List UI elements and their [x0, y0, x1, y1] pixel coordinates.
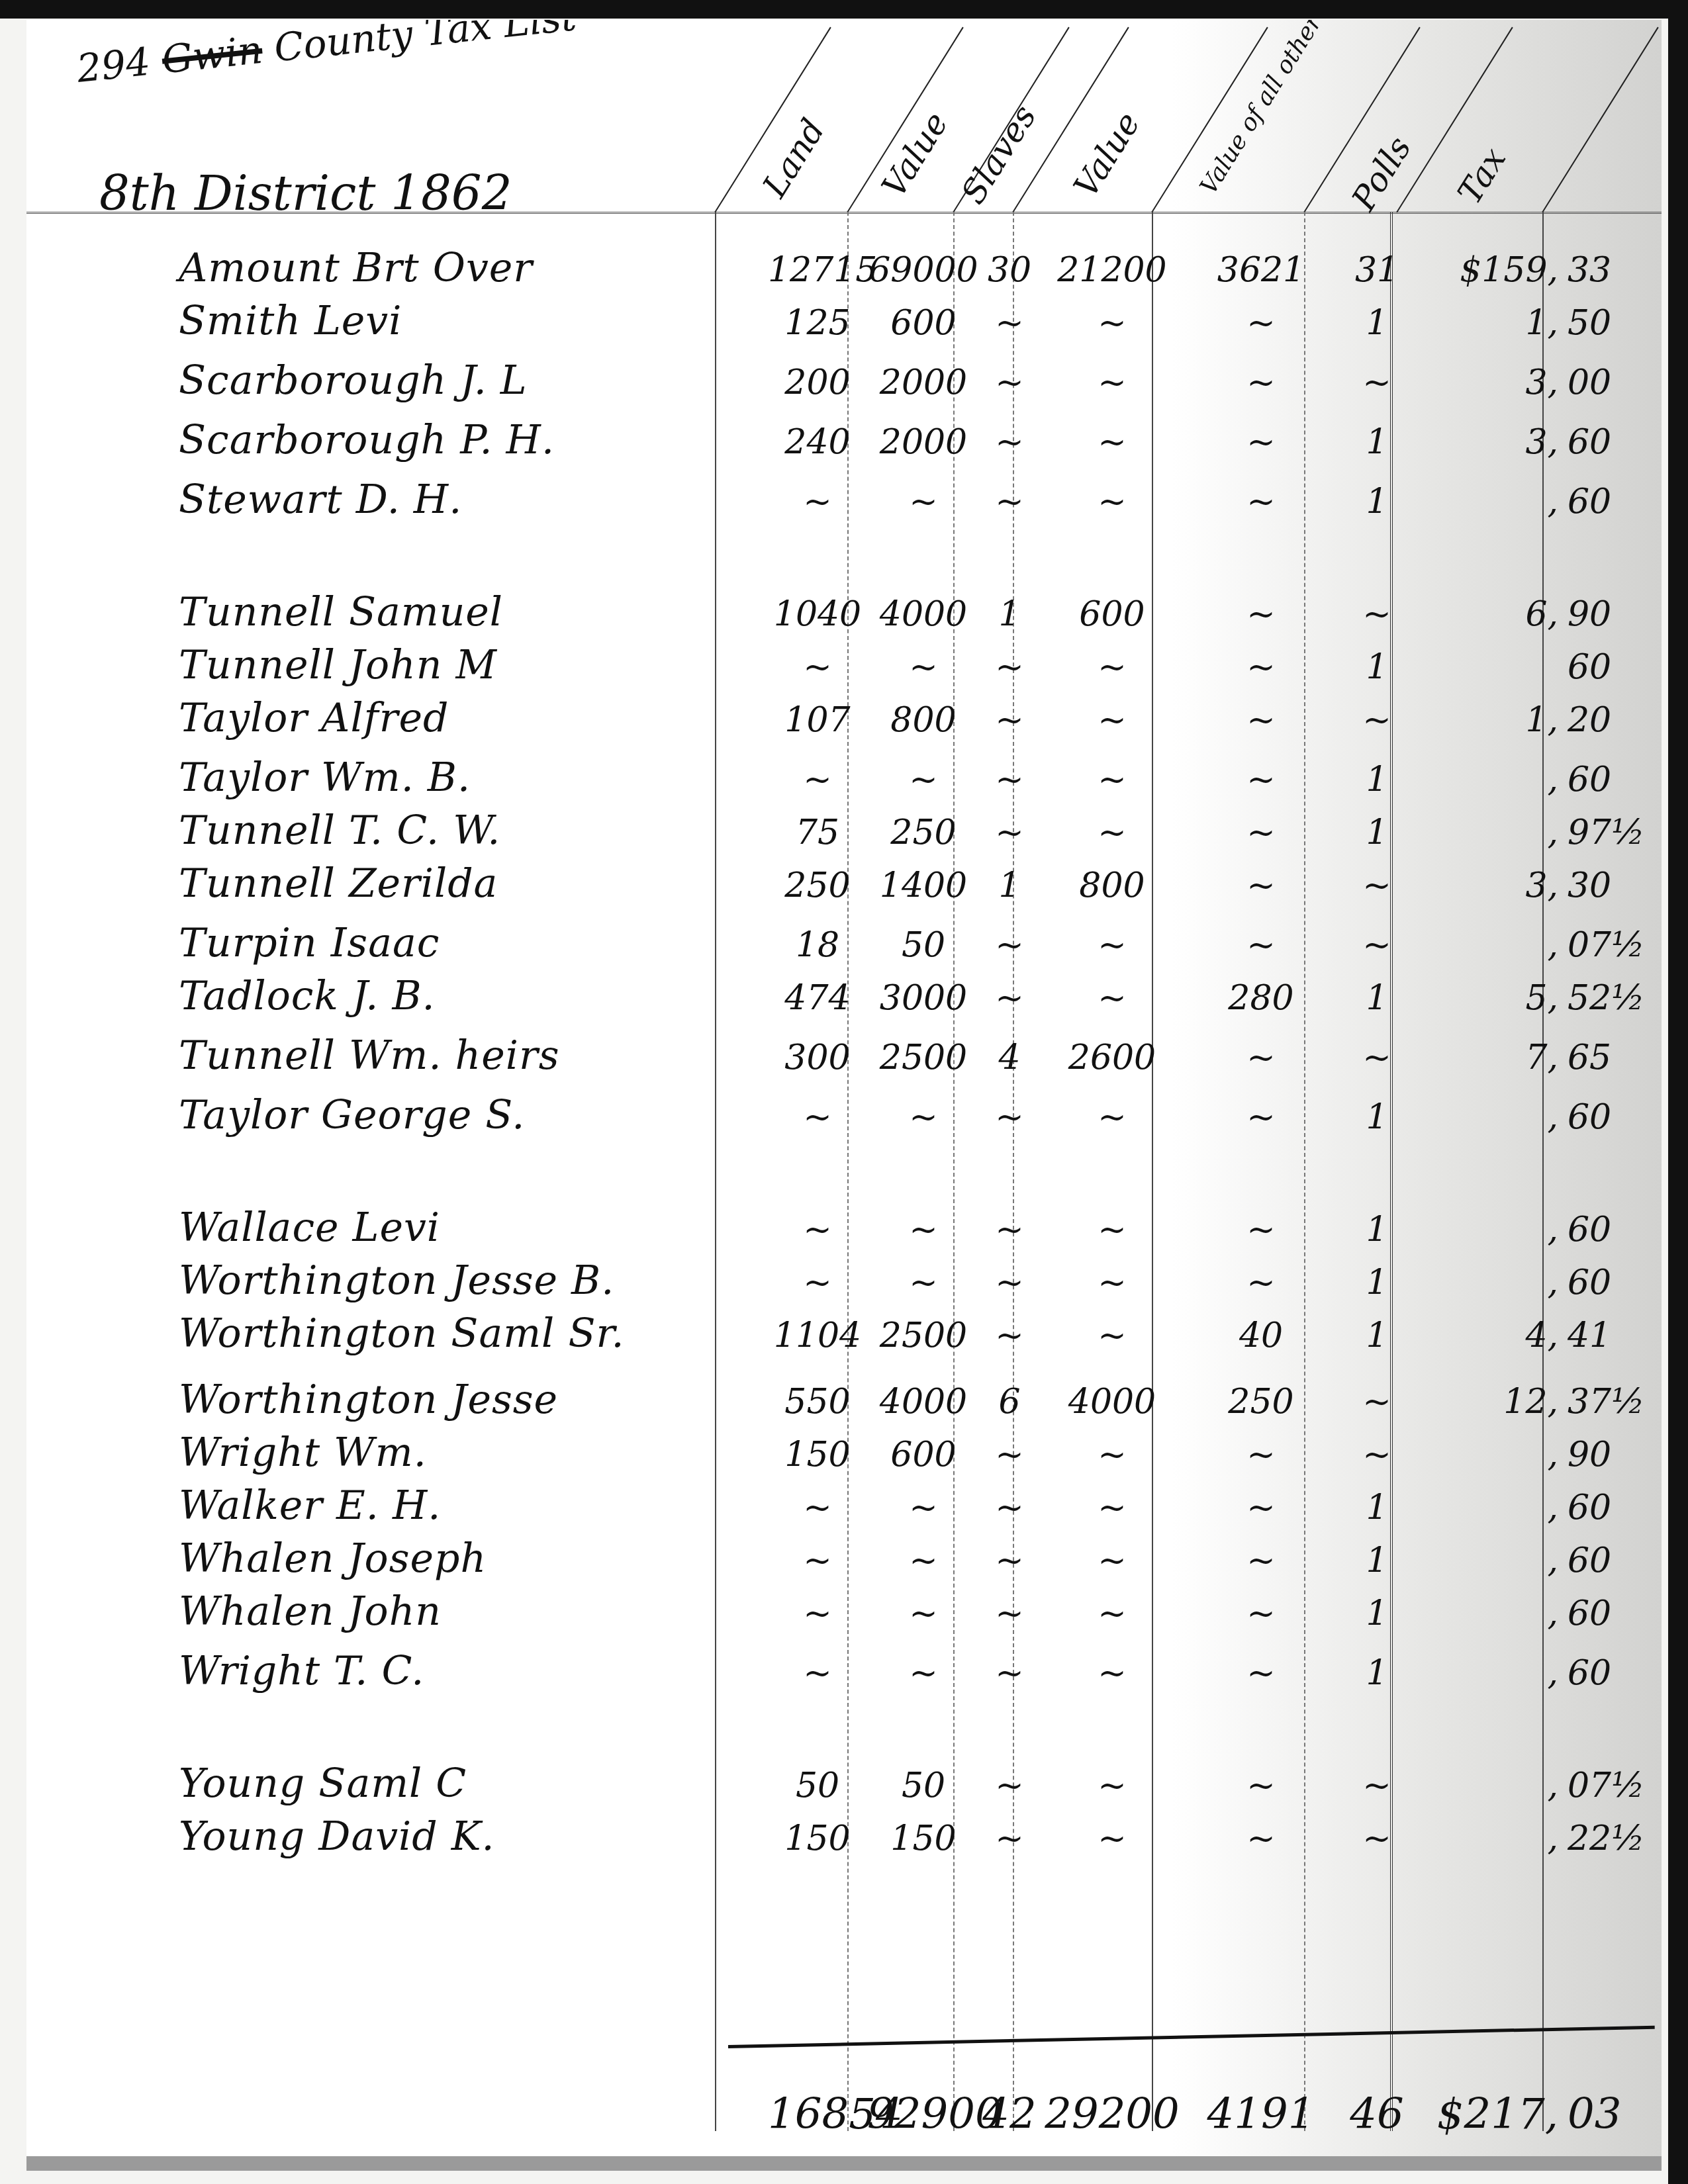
- land-cell: 474: [768, 978, 867, 1018]
- title-text: County Tax List: [272, 20, 579, 71]
- slave-value-cell: ~: [1039, 813, 1185, 852]
- land-cell: ~: [768, 1263, 867, 1302]
- land-cell: 250: [768, 866, 867, 905]
- ledger-title: 294 Gwin County Tax List: [75, 20, 579, 91]
- land-cell: 150: [768, 1435, 867, 1475]
- value-cell: 800: [867, 700, 980, 740]
- table-row: Worthington Jesse B.~~~~~1,60: [26, 1257, 1662, 1304]
- slaves-cell: ~: [980, 978, 1039, 1018]
- tax-cents-cell: 22½: [1562, 1819, 1642, 1858]
- slave-value-cell: 4000: [1039, 1382, 1185, 1422]
- polls-cell: 1: [1337, 760, 1417, 799]
- value-cell: ~: [867, 1594, 980, 1633]
- land-cell: 1040: [768, 594, 867, 634]
- table-row: Whalen John~~~~~1,60: [26, 1588, 1662, 1635]
- slaves-cell: ~: [980, 1766, 1039, 1805]
- tax-cents-cell: 41: [1562, 1316, 1642, 1355]
- value-cell: 69000: [867, 250, 980, 290]
- table-row: Tadlock J. B.4743000~~28015,52½: [26, 973, 1662, 1019]
- value-cell: 50: [867, 925, 980, 965]
- taxpayer-name: Stewart D. H.: [179, 477, 462, 523]
- value-cell: ~: [867, 1653, 980, 1693]
- table-row: Taylor Alfred107800~~~~1,20: [26, 695, 1662, 741]
- slaves-cell: 6: [980, 1382, 1039, 1422]
- tax-cents-cell: 00: [1562, 363, 1642, 402]
- column-header-land: Land: [755, 112, 833, 204]
- taxpayer-name: Worthington Jesse: [179, 1377, 558, 1423]
- tax-dollars-cell: ,: [1417, 1653, 1562, 1693]
- value-cell: 3000: [867, 978, 980, 1018]
- tax-dollars-cell: ,: [1417, 1097, 1562, 1137]
- slaves-cell: ~: [980, 1435, 1039, 1475]
- taxpayer-name: Tunnell Zerilda: [179, 860, 498, 907]
- polls-cell: 1: [1337, 303, 1417, 343]
- table-row: Whalen Joseph~~~~~1,60: [26, 1535, 1662, 1582]
- table-row: Taylor George S.~~~~~1,60: [26, 1092, 1662, 1138]
- value-cell: 50: [867, 1766, 980, 1805]
- tax-dollars-cell: ,: [1417, 1819, 1562, 1858]
- slave-value-cell: ~: [1039, 1594, 1185, 1633]
- taxpayer-name: Taylor George S.: [179, 1092, 525, 1138]
- polls-cell: ~: [1337, 594, 1417, 634]
- tax-dollars-cell: ,: [1417, 1263, 1562, 1302]
- land-cell: ~: [768, 1097, 867, 1137]
- other-value-cell: 250: [1185, 1382, 1337, 1422]
- value-cell: ~: [867, 1541, 980, 1580]
- other-value-cell: ~: [1185, 1263, 1337, 1302]
- total-tax-cents: 03: [1562, 2090, 1642, 2139]
- tax-dollars-cell: ,: [1417, 925, 1562, 965]
- polls-cell: ~: [1337, 700, 1417, 740]
- polls-cell: 1: [1337, 1653, 1417, 1693]
- taxpayer-name: Tunnell Samuel: [179, 589, 503, 635]
- slave-value-cell: ~: [1039, 1210, 1185, 1250]
- slaves-cell: ~: [980, 482, 1039, 522]
- tax-cents-cell: 60: [1562, 1210, 1642, 1250]
- taxpayer-name: Wallace Levi: [179, 1205, 440, 1251]
- table-row: Stewart D. H.~~~~~1,60: [26, 477, 1662, 523]
- other-value-cell: ~: [1185, 866, 1337, 905]
- other-value-cell: ~: [1185, 760, 1337, 799]
- tax-cents-cell: 90: [1562, 1435, 1642, 1475]
- table-row: Turpin Isaac1850~~~~,07½: [26, 920, 1662, 966]
- tax-cents-cell: 97½: [1562, 813, 1642, 852]
- taxpayer-name: Walker E. H.: [179, 1482, 441, 1529]
- other-value-cell: ~: [1185, 1819, 1337, 1858]
- tax-cents-cell: 07½: [1562, 1766, 1642, 1805]
- land-cell: ~: [768, 647, 867, 687]
- polls-cell: 1: [1337, 813, 1417, 852]
- value-cell: 2500: [867, 1316, 980, 1355]
- tax-dollars-cell: ,: [1417, 1210, 1562, 1250]
- tax-dollars-cell: ,: [1417, 1435, 1562, 1475]
- other-value-cell: ~: [1185, 1653, 1337, 1693]
- table-row: Tunnell T. C. W.75250~~~1,97½: [26, 807, 1662, 854]
- land-cell: 240: [768, 422, 867, 462]
- table-row: Smith Levi125600~~~11,50: [26, 298, 1662, 344]
- slaves-cell: ~: [980, 700, 1039, 740]
- polls-cell: ~: [1337, 1766, 1417, 1805]
- value-cell: 2500: [867, 1038, 980, 1077]
- tax-cents-cell: 30: [1562, 866, 1642, 905]
- slave-value-cell: 600: [1039, 594, 1185, 634]
- tax-cents-cell: 50: [1562, 303, 1642, 343]
- total-tax-dollars: $217,: [1417, 2090, 1562, 2139]
- taxpayer-name: Whalen Joseph: [179, 1535, 487, 1582]
- taxpayer-name: Turpin Isaac: [179, 920, 440, 966]
- tax-dollars-cell: 7,: [1417, 1038, 1562, 1077]
- table-row: Wright Wm.150600~~~~,90: [26, 1430, 1662, 1476]
- value-cell: 150: [867, 1819, 980, 1858]
- tax-cents-cell: 60: [1562, 482, 1642, 522]
- land-cell: 50: [768, 1766, 867, 1805]
- other-value-cell: ~: [1185, 303, 1337, 343]
- tax-dollars-cell: ,: [1417, 482, 1562, 522]
- scan-right-border: [1668, 0, 1688, 2184]
- polls-cell: ~: [1337, 1435, 1417, 1475]
- header-divider: [1542, 27, 1659, 213]
- slave-value-cell: ~: [1039, 1488, 1185, 1527]
- slave-value-cell: ~: [1039, 1435, 1185, 1475]
- value-cell: 2000: [867, 422, 980, 462]
- tax-cents-cell: 20: [1562, 700, 1642, 740]
- slave-value-cell: ~: [1039, 978, 1185, 1018]
- other-value-cell: ~: [1185, 482, 1337, 522]
- tax-cents-cell: 60: [1562, 1097, 1642, 1137]
- totals-row: 16854 92900 42 29200 4191 46 $217, 03: [26, 2085, 1662, 2144]
- table-row: Worthington Saml Sr.11042500~~4014,41: [26, 1310, 1662, 1357]
- taxpayer-name: Smith Levi: [179, 298, 402, 344]
- other-value-cell: ~: [1185, 647, 1337, 687]
- other-value-cell: ~: [1185, 1488, 1337, 1527]
- slave-value-cell: ~: [1039, 1541, 1185, 1580]
- tax-dollars-cell: 3,: [1417, 363, 1562, 402]
- slave-value-cell: ~: [1039, 1653, 1185, 1693]
- value-cell: ~: [867, 760, 980, 799]
- land-cell: 75: [768, 813, 867, 852]
- slave-value-cell: ~: [1039, 925, 1185, 965]
- slave-value-cell: ~: [1039, 760, 1185, 799]
- table-row: Wallace Levi~~~~~1,60: [26, 1205, 1662, 1251]
- polls-cell: 1: [1337, 647, 1417, 687]
- taxpayer-name: Wright Wm.: [179, 1430, 427, 1476]
- value-cell: 4000: [867, 1382, 980, 1422]
- polls-cell: 31: [1337, 250, 1417, 290]
- column-header-polls: Polls: [1344, 130, 1419, 217]
- other-value-cell: ~: [1185, 1541, 1337, 1580]
- table-row: Tunnell Zerilda25014001800~~3,30: [26, 860, 1662, 907]
- polls-cell: ~: [1337, 363, 1417, 402]
- column-header-value: Value: [874, 105, 956, 204]
- other-value-cell: ~: [1185, 422, 1337, 462]
- other-value-cell: ~: [1185, 700, 1337, 740]
- taxpayer-name: Young Saml C: [179, 1760, 467, 1807]
- land-cell: ~: [768, 1488, 867, 1527]
- tax-cents-cell: 07½: [1562, 925, 1642, 965]
- polls-cell: 1: [1337, 1541, 1417, 1580]
- slave-value-cell: ~: [1039, 700, 1185, 740]
- table-row: Worthington Jesse550400064000250~12,37½: [26, 1377, 1662, 1423]
- polls-cell: 1: [1337, 1316, 1417, 1355]
- tax-dollars-cell: 5,: [1417, 978, 1562, 1018]
- polls-cell: 1: [1337, 1488, 1417, 1527]
- tax-cents-cell: 60: [1562, 1541, 1642, 1580]
- slaves-cell: 4: [980, 1038, 1039, 1077]
- tax-dollars-cell: 12,: [1417, 1382, 1562, 1422]
- tax-dollars-cell: ,: [1417, 1594, 1562, 1633]
- polls-cell: ~: [1337, 1382, 1417, 1422]
- slave-value-cell: ~: [1039, 1766, 1185, 1805]
- struck-word: Gwin: [160, 27, 264, 83]
- slaves-cell: 1: [980, 866, 1039, 905]
- land-cell: 18: [768, 925, 867, 965]
- land-cell: ~: [768, 1594, 867, 1633]
- tax-dollars-cell: ,: [1417, 1541, 1562, 1580]
- land-cell: 125: [768, 303, 867, 343]
- polls-cell: 1: [1337, 978, 1417, 1018]
- scan-bottom-border: [26, 2156, 1662, 2171]
- slaves-cell: ~: [980, 760, 1039, 799]
- value-cell: 600: [867, 1435, 980, 1475]
- land-cell: ~: [768, 1541, 867, 1580]
- column-header-slave-value: Value: [1066, 105, 1148, 204]
- taxpayer-name: Worthington Saml Sr.: [179, 1310, 625, 1357]
- taxpayer-name: Young David K.: [179, 1813, 495, 1860]
- land-cell: ~: [768, 760, 867, 799]
- tax-cents-cell: 60: [1562, 422, 1642, 462]
- land-cell: ~: [768, 1210, 867, 1250]
- tax-dollars-cell: ,: [1417, 760, 1562, 799]
- slave-value-cell: ~: [1039, 363, 1185, 402]
- slave-value-cell: ~: [1039, 1097, 1185, 1137]
- land-cell: 300: [768, 1038, 867, 1077]
- table-row: Taylor Wm. B.~~~~~1,60: [26, 754, 1662, 801]
- slaves-cell: ~: [980, 647, 1039, 687]
- slave-value-cell: ~: [1039, 647, 1185, 687]
- tax-cents-cell: 60: [1562, 1488, 1642, 1527]
- header-rule: [26, 212, 1662, 214]
- slaves-cell: ~: [980, 1097, 1039, 1137]
- tax-dollars-cell: ,: [1417, 1766, 1562, 1805]
- tax-dollars-cell: 3,: [1417, 866, 1562, 905]
- taxpayer-name: Scarborough J. L: [179, 357, 528, 404]
- taxpayer-name: Tunnell T. C. W.: [179, 807, 500, 854]
- value-cell: ~: [867, 482, 980, 522]
- table-row: Tunnell Samuel104040001600~~6,90: [26, 589, 1662, 635]
- other-value-cell: ~: [1185, 1594, 1337, 1633]
- tax-dollars-cell: 1,: [1417, 700, 1562, 740]
- slaves-cell: ~: [980, 1594, 1039, 1633]
- tax-cents-cell: 37½: [1562, 1382, 1642, 1422]
- value-cell: ~: [867, 1263, 980, 1302]
- polls-cell: 1: [1337, 422, 1417, 462]
- value-cell: 4000: [867, 594, 980, 634]
- other-value-cell: ~: [1185, 925, 1337, 965]
- taxpayer-name: Whalen John: [179, 1588, 442, 1635]
- polls-cell: 1: [1337, 1210, 1417, 1250]
- land-cell: 12715: [768, 250, 867, 290]
- value-cell: ~: [867, 647, 980, 687]
- other-value-cell: 3621: [1185, 250, 1337, 290]
- polls-cell: 1: [1337, 482, 1417, 522]
- other-value-cell: ~: [1185, 363, 1337, 402]
- polls-cell: ~: [1337, 1038, 1417, 1077]
- slave-value-cell: ~: [1039, 1819, 1185, 1858]
- tax-cents-cell: 52½: [1562, 978, 1642, 1018]
- value-cell: ~: [867, 1210, 980, 1250]
- slaves-cell: ~: [980, 813, 1039, 852]
- tax-cents-cell: 90: [1562, 594, 1642, 634]
- value-cell: 1400: [867, 866, 980, 905]
- table-row: Tunnell John M~~~~~160: [26, 642, 1662, 688]
- polls-cell: ~: [1337, 866, 1417, 905]
- total-land: 16854: [768, 2090, 867, 2139]
- taxpayer-name: Tadlock J. B.: [179, 973, 436, 1019]
- column-header-slaves: Slaves: [954, 99, 1044, 210]
- tax-dollars-cell: ,: [1417, 1488, 1562, 1527]
- tax-dollars-cell: 3,: [1417, 422, 1562, 462]
- slaves-cell: ~: [980, 1316, 1039, 1355]
- slave-value-cell: ~: [1039, 482, 1185, 522]
- page-number: 294: [75, 39, 152, 91]
- other-value-cell: ~: [1185, 1766, 1337, 1805]
- taxpayer-name: Worthington Jesse B.: [179, 1257, 614, 1304]
- tax-dollars-cell: 6,: [1417, 594, 1562, 634]
- slave-value-cell: 800: [1039, 866, 1185, 905]
- land-cell: 150: [768, 1819, 867, 1858]
- other-value-cell: ~: [1185, 813, 1337, 852]
- polls-cell: ~: [1337, 925, 1417, 965]
- value-cell: ~: [867, 1488, 980, 1527]
- slaves-cell: ~: [980, 1210, 1039, 1250]
- total-rule: [728, 2026, 1655, 2048]
- slaves-cell: ~: [980, 1541, 1039, 1580]
- land-cell: 107: [768, 700, 867, 740]
- slaves-cell: ~: [980, 303, 1039, 343]
- tax-cents-cell: 60: [1562, 1594, 1642, 1633]
- tax-dollars-cell: 1,: [1417, 303, 1562, 343]
- tax-dollars-cell: 4,: [1417, 1316, 1562, 1355]
- value-cell: 600: [867, 303, 980, 343]
- slave-value-cell: ~: [1039, 303, 1185, 343]
- ledger-page: 294 Gwin County Tax List 8th District 18…: [26, 20, 1662, 2171]
- taxpayer-name: Tunnell Wm. heirs: [179, 1032, 559, 1079]
- polls-cell: 1: [1337, 1263, 1417, 1302]
- total-slaves: 42: [980, 2090, 1039, 2139]
- table-row: Young David K.150150~~~~,22½: [26, 1813, 1662, 1860]
- slaves-cell: ~: [980, 363, 1039, 402]
- tax-cents-cell: 33: [1562, 250, 1642, 290]
- table-row: Scarborough P. H.2402000~~~13,60: [26, 417, 1662, 463]
- slaves-cell: ~: [980, 1488, 1039, 1527]
- tax-cents-cell: 60: [1562, 760, 1642, 799]
- taxpayer-name: Taylor Alfred: [179, 695, 449, 741]
- taxpayer-name: Taylor Wm. B.: [179, 754, 471, 801]
- slave-value-cell: ~: [1039, 1316, 1185, 1355]
- tax-dollars-cell: $159,: [1417, 250, 1562, 290]
- other-value-cell: 280: [1185, 978, 1337, 1018]
- table-row: Amount Brt Over12715690003021200362131$1…: [26, 245, 1662, 291]
- total-value: 92900: [867, 2090, 980, 2139]
- slaves-cell: ~: [980, 1653, 1039, 1693]
- slaves-cell: 30: [980, 250, 1039, 290]
- taxpayer-name: Amount Brt Over: [179, 245, 533, 291]
- land-cell: 200: [768, 363, 867, 402]
- tax-dollars-cell: ,: [1417, 813, 1562, 852]
- other-value-cell: ~: [1185, 1210, 1337, 1250]
- slaves-cell: ~: [980, 422, 1039, 462]
- slaves-cell: ~: [980, 925, 1039, 965]
- land-cell: 550: [768, 1382, 867, 1422]
- total-polls: 46: [1337, 2090, 1417, 2139]
- tax-cents-cell: 60: [1562, 647, 1642, 687]
- column-header-tax: Tax: [1450, 141, 1514, 210]
- taxpayer-name: Tunnell John M: [179, 642, 497, 688]
- tax-cents-cell: 65: [1562, 1038, 1642, 1077]
- table-row: Scarborough J. L2002000~~~~3,00: [26, 357, 1662, 404]
- table-row: Wright T. C.~~~~~1,60: [26, 1648, 1662, 1694]
- value-cell: 250: [867, 813, 980, 852]
- tax-cents-cell: 60: [1562, 1263, 1642, 1302]
- value-cell: ~: [867, 1097, 980, 1137]
- other-value-cell: ~: [1185, 1435, 1337, 1475]
- slave-value-cell: ~: [1039, 1263, 1185, 1302]
- other-value-cell: ~: [1185, 1038, 1337, 1077]
- other-value-cell: 40: [1185, 1316, 1337, 1355]
- slaves-cell: ~: [980, 1263, 1039, 1302]
- land-cell: 1104: [768, 1316, 867, 1355]
- table-row: Walker E. H.~~~~~1,60: [26, 1482, 1662, 1529]
- value-cell: 2000: [867, 363, 980, 402]
- slave-value-cell: 2600: [1039, 1038, 1185, 1077]
- tax-cents-cell: 60: [1562, 1653, 1642, 1693]
- other-value-cell: ~: [1185, 594, 1337, 634]
- total-slave-value: 29200: [1039, 2090, 1185, 2139]
- taxpayer-name: Scarborough P. H.: [179, 417, 555, 463]
- slave-value-cell: 21200: [1039, 250, 1185, 290]
- slave-value-cell: ~: [1039, 422, 1185, 462]
- table-row: Young Saml C5050~~~~,07½: [26, 1760, 1662, 1807]
- taxpayer-name: Wright T. C.: [179, 1648, 424, 1694]
- land-cell: ~: [768, 1653, 867, 1693]
- polls-cell: ~: [1337, 1819, 1417, 1858]
- slaves-cell: ~: [980, 1819, 1039, 1858]
- other-value-cell: ~: [1185, 1097, 1337, 1137]
- total-other-value: 4191: [1185, 2090, 1337, 2139]
- slaves-cell: 1: [980, 594, 1039, 634]
- polls-cell: 1: [1337, 1594, 1417, 1633]
- table-row: Tunnell Wm. heirs300250042600~~7,65: [26, 1032, 1662, 1079]
- scan-top-border: [0, 0, 1688, 19]
- polls-cell: 1: [1337, 1097, 1417, 1137]
- land-cell: ~: [768, 482, 867, 522]
